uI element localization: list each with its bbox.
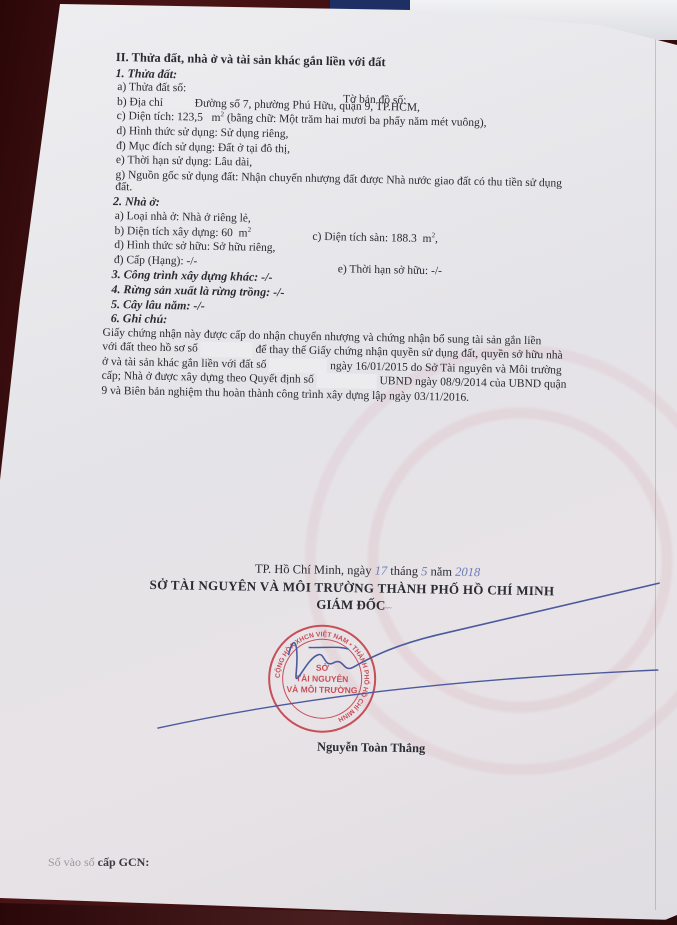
notes-body: Giấy chứng nhận này được cấp do nhận chu…: [101, 325, 660, 409]
note-line-2a: với đất theo hồ sơ số: [102, 341, 198, 355]
area-unit: m: [211, 112, 220, 124]
certificate-body: II. Thửa đất, nhà ở và tài sản khác gắn …: [109, 50, 666, 409]
redacted-block: x: [166, 96, 192, 111]
plot-number-label: a) Thửa đất số:: [117, 81, 186, 94]
registry-label: cấp GCN:: [98, 855, 150, 869]
note-line-3a: ở và tài sản khác gắn liền với đất số: [102, 356, 267, 371]
registry-number-label: Số vào sổ cấp GCN:: [48, 855, 149, 870]
floor-area-superscript: 2: [432, 231, 436, 239]
built-area: b) Diện tích xây dựng: 60: [114, 225, 233, 239]
signer-name: Nguyễn Toàn Thắng: [317, 740, 425, 757]
redacted-decision-number: x: [317, 373, 377, 389]
built-area-unit: m: [238, 227, 247, 239]
signature-block: TP. Hồ Chí Minh, ngày 17 tháng 5 năm 201…: [149, 560, 670, 618]
floor-area-unit: m: [423, 232, 432, 244]
certificate-page: II. Thửa đất, nhà ở và tài sản khác gắn …: [0, 0, 677, 925]
built-area-superscript: 2: [248, 225, 252, 233]
area-label: c) Diện tích: 123,5: [117, 110, 203, 124]
redacted-file-number: x: [201, 342, 253, 358]
registry-label-faded: Số vào sổ: [48, 855, 95, 869]
area-unit-superscript: 2: [221, 111, 225, 119]
grade: đ) Cấp (Hạng): -/-: [114, 254, 198, 268]
handwritten-signature: [137, 560, 677, 768]
redacted-certificate-number: x: [269, 358, 327, 374]
address-label: b) Địa chỉ: [117, 96, 163, 109]
